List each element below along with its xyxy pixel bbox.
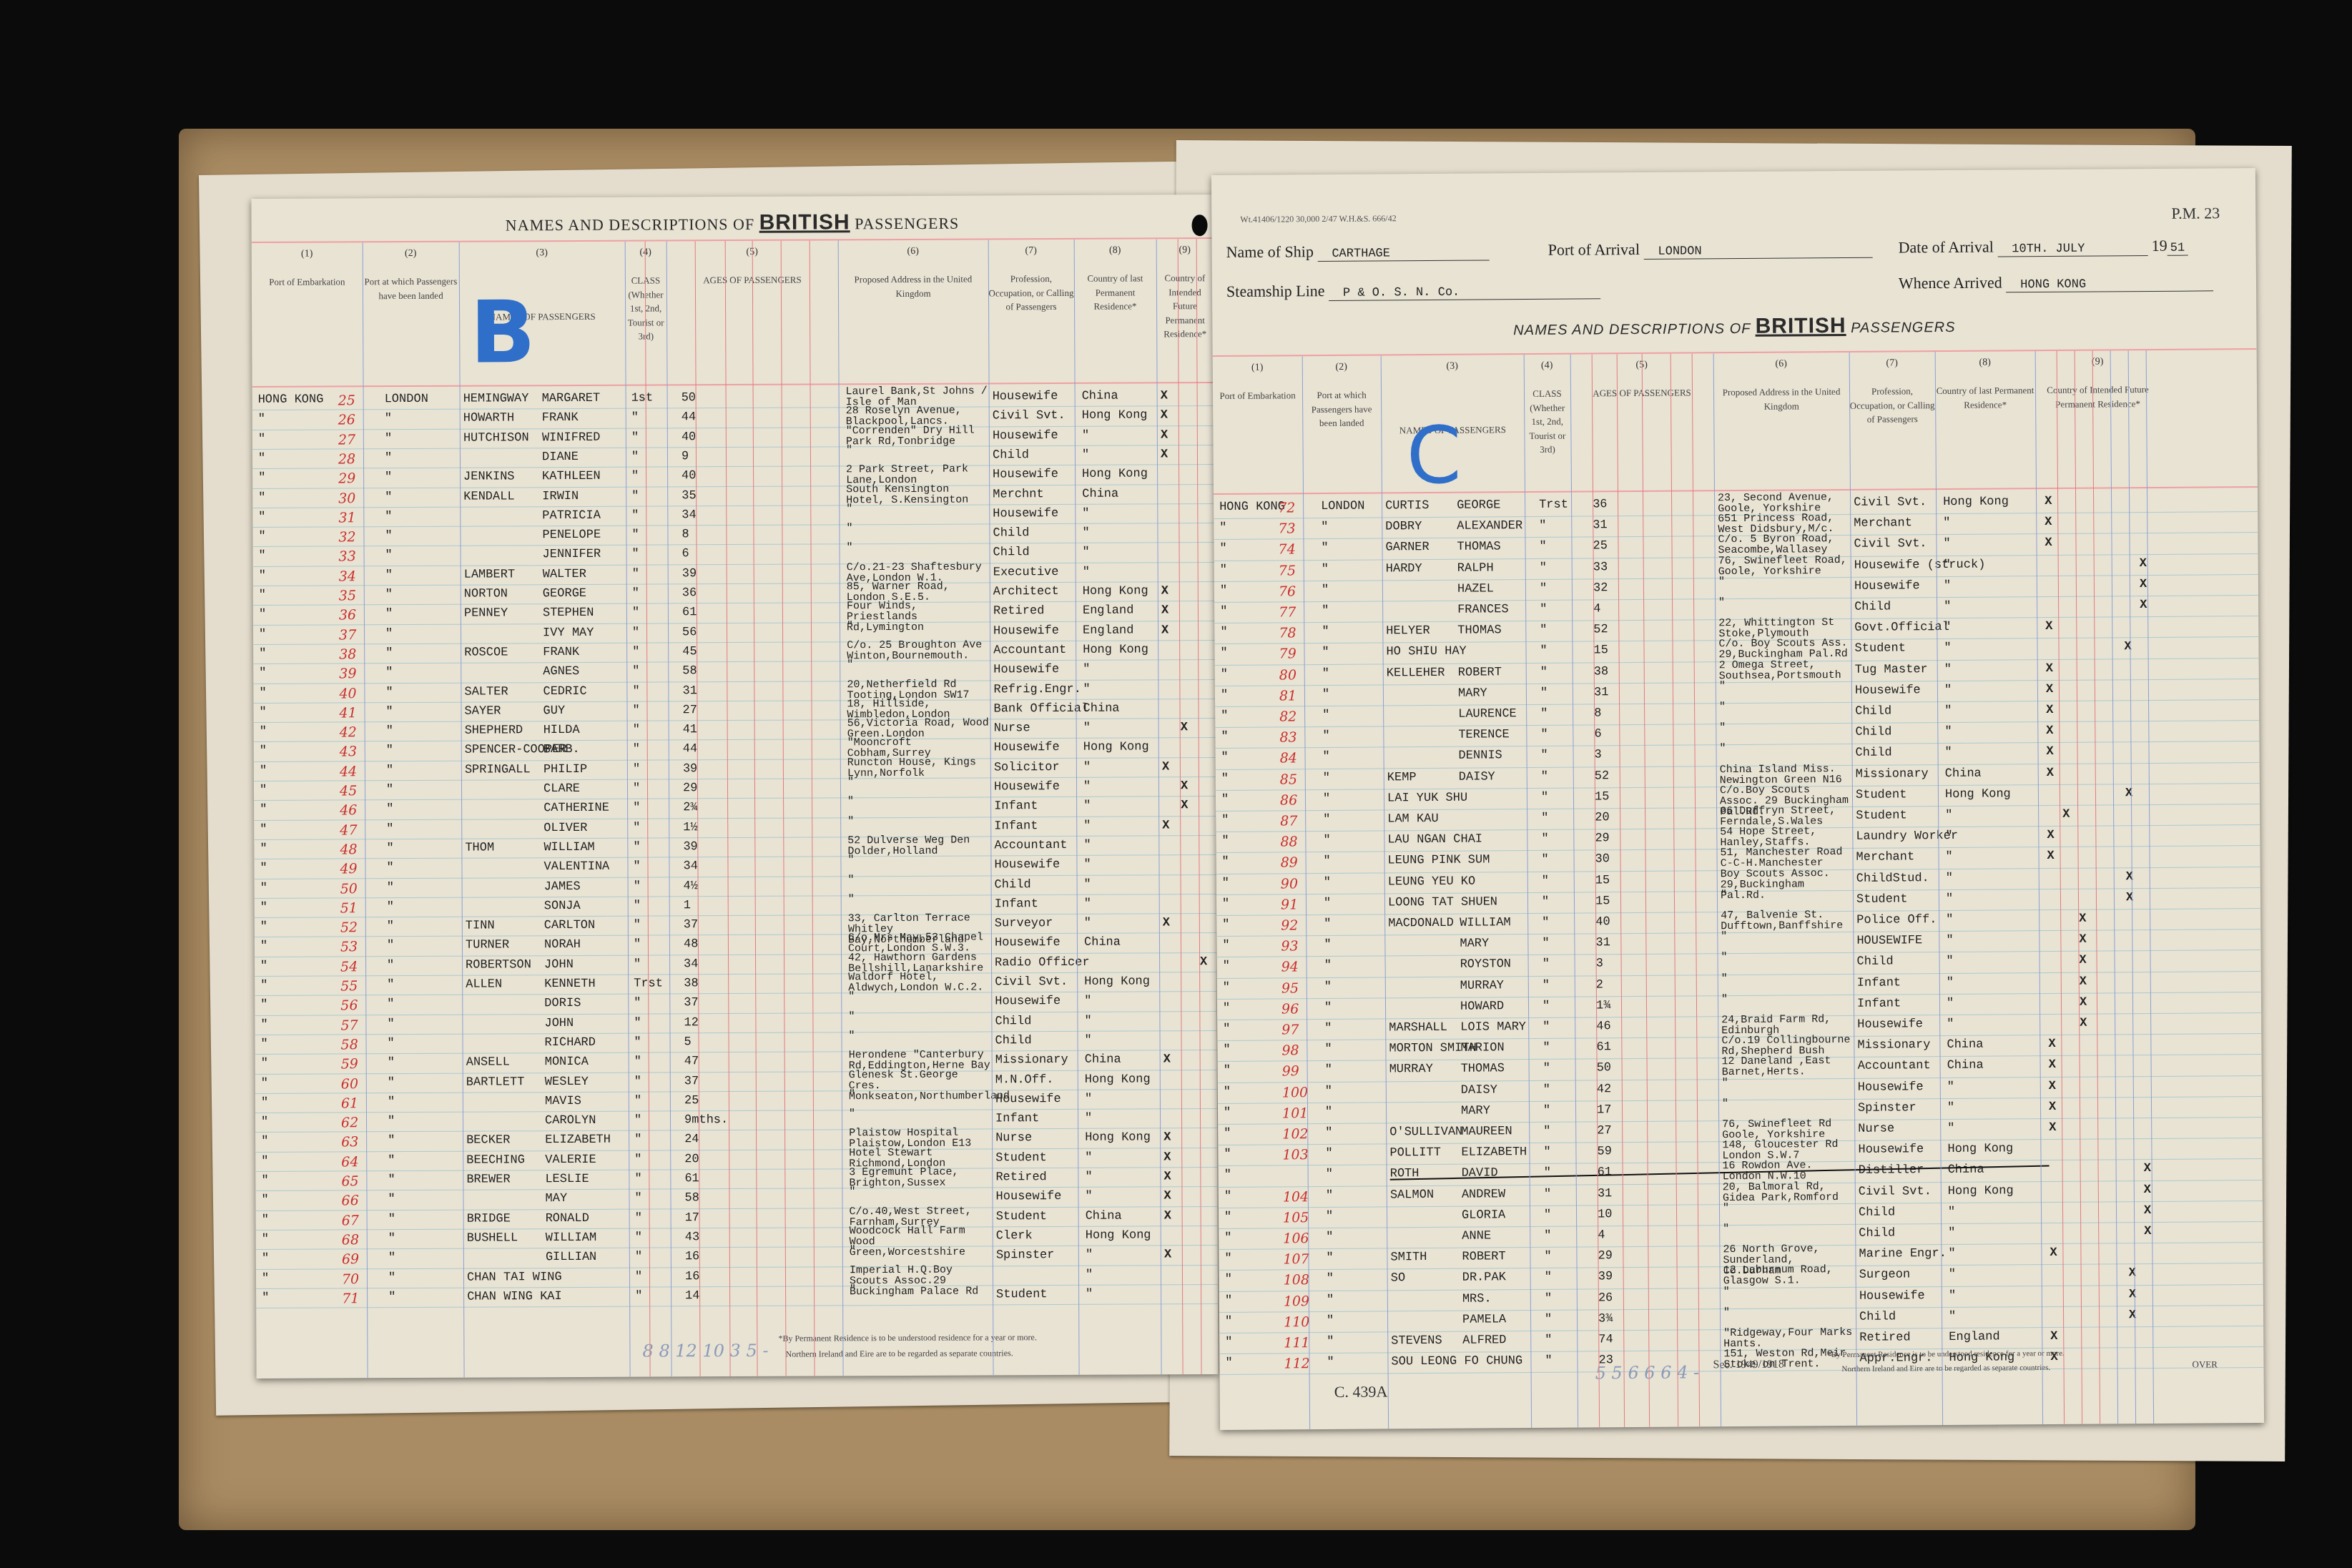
port-of-embarkation: " (258, 471, 265, 485)
column-number: (1) (252, 248, 363, 260)
country-last-residence: " (1083, 799, 1091, 813)
entry-number: 108 (1284, 1273, 1309, 1288)
age: 29 (1595, 832, 1610, 845)
entry-number: 102 (1282, 1126, 1308, 1142)
country-last-residence: " (1946, 913, 1953, 927)
age: 17 (685, 1211, 699, 1225)
surname: TURNER (466, 939, 509, 952)
port-of-embarkation: HONG KONG (1219, 500, 1285, 514)
future-residence-mark: X (1163, 1190, 1171, 1203)
entry-number: 43 (340, 744, 357, 760)
port-of-embarkation: " (260, 881, 267, 894)
port-landed: " (1322, 688, 1329, 701)
given-name: FRANCES (1457, 603, 1509, 616)
port-landed: " (385, 568, 393, 582)
port-landed: " (1324, 897, 1331, 910)
proposed-address: Waldorf Hotel, Aldwych,London W.C.2. (848, 971, 990, 993)
country-last-residence: Hong Kong (1945, 787, 2011, 802)
proposed-address: 3 Egremunt Place, Brighton,Sussex (849, 1166, 991, 1188)
occupation: M.N.Off. (995, 1073, 1054, 1087)
country-last-residence: " (1948, 1247, 1955, 1261)
surname: SO (1391, 1272, 1406, 1286)
age: 17 (1597, 1103, 1612, 1117)
port-of-embarkation: " (259, 686, 266, 699)
port-of-embarkation: " (1219, 542, 1226, 556)
class: " (634, 1133, 641, 1147)
class: " (634, 938, 641, 952)
port-of-embarkation: " (1222, 918, 1229, 932)
surname: LEUNG PINK SUM (1388, 854, 1490, 868)
occupation: Housewife (1859, 1289, 1925, 1303)
class: " (632, 665, 639, 679)
column-number: (2) (363, 248, 459, 260)
port-landed: " (388, 1115, 395, 1128)
surname: SPRINGALL (465, 763, 531, 776)
given-name: RICHARD (545, 1036, 596, 1050)
class: " (1542, 978, 1550, 992)
occupation: Civil Svt. (1854, 495, 1927, 510)
proposed-address: " (847, 815, 990, 827)
given-name: DIANE (542, 450, 579, 464)
entry-number: 64 (341, 1154, 358, 1170)
port-landed: " (1327, 1293, 1334, 1307)
country-last-residence: " (1084, 1014, 1091, 1027)
country-last-residence: " (1945, 829, 1952, 843)
port-landed: " (385, 548, 393, 562)
entry-number: 25 (338, 393, 355, 408)
surname: CURTIS (1385, 499, 1429, 513)
occupation: Civil Svt. (993, 409, 1066, 423)
country-last-residence: Hong Kong (1084, 975, 1150, 988)
surname: SALMON (1390, 1188, 1434, 1202)
age: 50 (682, 391, 696, 405)
port-landed: " (387, 1017, 394, 1031)
occupation: Student (1856, 809, 1907, 822)
given-name: PHILIP (543, 763, 587, 776)
entry-number: 82 (1279, 709, 1296, 724)
occupation: Child (993, 546, 1030, 560)
surname: HUTCHISON (463, 431, 529, 445)
given-name: THOMAS (1461, 1062, 1505, 1076)
port-of-embarkation: " (1220, 646, 1227, 660)
port-landed: " (1322, 646, 1329, 659)
occupation: Solicitor (994, 761, 1060, 774)
country-last-residence: Hong Kong (1082, 409, 1148, 423)
age: 34 (682, 508, 696, 522)
country-last-residence: " (1944, 663, 1952, 676)
class: " (634, 1035, 641, 1049)
age: 4 (1593, 602, 1600, 616)
column-label: Proposed Address in the United Kingdom (838, 272, 988, 300)
port-of-embarkation: " (261, 1096, 268, 1110)
port-landed: " (1324, 917, 1331, 931)
entry-number: 58 (341, 1037, 358, 1052)
occupation: Child (995, 878, 1031, 892)
entry-number: 61 (341, 1095, 358, 1111)
port-of-embarkation: " (259, 647, 266, 661)
steamship-line-field: Steamship Line P & O. S. N. Co. (1226, 280, 1600, 302)
port-of-embarkation: " (260, 979, 267, 992)
given-name: DR.PAK (1462, 1271, 1506, 1285)
port-landed: " (1325, 1063, 1332, 1077)
entry-number: 33 (339, 549, 356, 565)
port-of-embarkation: " (258, 490, 265, 504)
port-of-embarkation: " (260, 725, 267, 739)
surname: BARTLETT (466, 1075, 525, 1089)
port-landed: " (1324, 938, 1331, 952)
country-last-residence: " (1083, 819, 1091, 832)
country-last-residence: " (1085, 1112, 1092, 1125)
proposed-address: " (848, 1010, 990, 1022)
port-landed: " (387, 997, 394, 1011)
entry-number: 68 (342, 1232, 359, 1248)
class: " (1542, 853, 1549, 867)
country-last-residence: " (1943, 537, 1950, 551)
class: " (1540, 582, 1547, 596)
occupation: Infant (994, 799, 1038, 813)
surname: BUSHELL (467, 1231, 518, 1245)
class: " (1542, 1041, 1550, 1055)
class: " (1542, 1020, 1550, 1034)
entry-number: 52 (340, 919, 358, 935)
entry-number: 80 (1279, 667, 1296, 683)
port-of-embarkation: " (261, 1057, 268, 1070)
surname: SOU LEONG FO CHUNG (1391, 1354, 1522, 1369)
age: 3 (1596, 957, 1603, 971)
port-of-embarkation: " (262, 1213, 269, 1226)
age: 58 (684, 1192, 699, 1205)
class: " (1541, 832, 1548, 846)
class: " (631, 508, 639, 522)
age: 39 (683, 762, 697, 776)
occupation: Housewife (994, 741, 1060, 754)
port-of-embarkation: " (1222, 939, 1229, 952)
future-residence-mark: X (1200, 955, 1207, 969)
surname: LAI YUK SHU (1387, 791, 1467, 805)
occupation: Merchnt (993, 488, 1044, 501)
occupation: Surgeon (1859, 1268, 1911, 1282)
age: 44 (682, 411, 696, 425)
surname: BREWER (466, 1173, 510, 1186)
age: 34 (683, 859, 697, 873)
age: 27 (1597, 1124, 1612, 1138)
occupation: Child (993, 448, 1029, 462)
future-residence-mark: X (2049, 1121, 2056, 1135)
port-landed: " (386, 802, 393, 816)
section-mark: C (1406, 410, 1462, 502)
punch-hole (1192, 215, 1208, 236)
occupation: Housewife (995, 1190, 1061, 1203)
port-landed: " (388, 1056, 395, 1070)
given-name: DENNIS (1459, 749, 1502, 763)
entry-number: 106 (1283, 1231, 1309, 1246)
port-of-embarkation: " (1222, 855, 1229, 869)
port-of-embarkation: " (1220, 563, 1227, 577)
country-last-residence: " (1948, 1205, 1955, 1219)
occupation: Student (1854, 642, 1906, 656)
port-landed: " (1327, 1356, 1334, 1369)
age: 52 (1595, 769, 1610, 783)
future-residence-mark: X (2140, 598, 2147, 612)
port-landed: " (1326, 1231, 1333, 1244)
given-name: LESLIE (545, 1173, 589, 1186)
age: 48 (684, 938, 698, 952)
proposed-address: " (1718, 576, 1850, 587)
class: " (635, 1251, 642, 1264)
age: 61 (1596, 1040, 1611, 1054)
entry-number: 72 (1278, 500, 1295, 516)
port-landed: " (385, 607, 393, 621)
column-number: (8) (1935, 357, 2035, 369)
entry-number: 104 (1283, 1189, 1309, 1205)
age: 14 (685, 1289, 699, 1303)
port-of-embarkation: " (1221, 772, 1229, 786)
column-number: (9) (2035, 356, 2160, 368)
given-name: ALEXANDER (1457, 519, 1522, 533)
future-residence-mark: X (1181, 721, 1188, 734)
age: 26 (1598, 1291, 1613, 1305)
future-residence-mark: X (1163, 1131, 1171, 1145)
age: 8 (682, 528, 689, 541)
country-last-residence: " (1946, 871, 1953, 884)
column-label: CLASS (Whether 1st, 2nd, Tourist or 3rd) (1524, 387, 1571, 457)
port-landed: " (1323, 792, 1330, 806)
given-name: MAVIS (545, 1095, 581, 1108)
future-residence-mark: X (1163, 916, 1170, 930)
surname: JENKINS (463, 470, 515, 484)
port-landed: " (1324, 854, 1331, 868)
entry-number: 94 (1281, 960, 1299, 975)
port-of-embarkation: " (260, 744, 267, 758)
surname: ANSELL (466, 1056, 510, 1070)
country-last-residence: Hong Kong (1943, 495, 2009, 509)
age: 4½ (684, 879, 698, 893)
future-residence-mark: X (2079, 912, 2086, 926)
occupation: Spinster (1858, 1101, 1916, 1115)
age: 40 (682, 469, 696, 483)
entry-number: 93 (1281, 938, 1298, 954)
port-of-embarkation: " (260, 764, 267, 778)
country-last-residence: " (1944, 641, 1951, 655)
given-name: HOWARD (1460, 1000, 1504, 1013)
entry-number: 63 (341, 1135, 358, 1150)
port-landed: " (1325, 1085, 1332, 1098)
entry-number: 109 (1284, 1293, 1309, 1309)
entry-number: 75 (1279, 563, 1296, 578)
class: " (1542, 1000, 1550, 1013)
occupation: Infant (994, 819, 1038, 833)
country-last-residence: Hong Kong (1083, 643, 1148, 656)
proposed-address: " (1723, 1306, 1855, 1318)
age: 15 (1595, 894, 1610, 908)
given-name: CARLTON (544, 919, 596, 932)
age: 1¾ (1596, 999, 1611, 1012)
class: " (633, 782, 640, 796)
occupation: Student (1856, 788, 1907, 802)
class: " (632, 684, 639, 698)
surname: THOM (465, 841, 494, 854)
port-landed: " (1322, 625, 1329, 638)
table-row[interactable]: "71"CHAN WING KAI"14"Student"X (256, 1287, 1218, 1311)
port-of-embarkation: " (259, 706, 266, 719)
given-name: MARGARET (542, 392, 601, 405)
country-last-residence: " (1945, 809, 1952, 822)
age: 27 (682, 704, 697, 717)
surname: CHAN WING KAI (467, 1290, 562, 1304)
surname: PENNEY (464, 607, 508, 621)
port-of-embarkation: " (1225, 1336, 1232, 1349)
class: " (1543, 1125, 1550, 1138)
port-landed: " (1326, 1251, 1333, 1265)
occupation: Nurse (1858, 1122, 1894, 1135)
surname: LAM KAU (1387, 812, 1439, 826)
country-last-residence: " (1947, 1101, 1954, 1115)
future-residence-mark: X (1163, 1150, 1171, 1164)
footnote-ireland: Northern Ireland and Eire are to be rega… (785, 1348, 1013, 1359)
port-of-embarkation: " (258, 511, 265, 524)
future-residence-mark: X (1161, 448, 1168, 461)
class: " (1541, 769, 1548, 783)
future-residence-mark: X (2046, 724, 2053, 738)
age: 43 (685, 1231, 699, 1244)
given-name: BARB. (543, 743, 580, 756)
port-of-embarkation: " (260, 862, 267, 875)
country-last-residence: " (1086, 1248, 1093, 1262)
age: 16 (685, 1250, 699, 1263)
whence-field: Whence Arrived HONG KONG (1899, 272, 2213, 293)
country-last-residence: " (1083, 566, 1090, 579)
country-last-residence: " (1946, 850, 1953, 864)
port-landed: LONDON (1321, 500, 1364, 513)
surname: CHAN TAI WING (467, 1271, 562, 1285)
occupation: Govt.Official (1854, 621, 1949, 635)
country-last-residence: " (1083, 839, 1091, 852)
column-number: (6) (1713, 358, 1849, 370)
age: 25 (1593, 540, 1608, 553)
class: " (1540, 623, 1547, 637)
class: " (631, 528, 639, 542)
class: " (635, 1270, 642, 1283)
port-landed: " (385, 412, 392, 425)
occupation: Child (995, 1034, 1032, 1047)
class: " (633, 840, 640, 854)
country-last-residence: " (1082, 526, 1089, 540)
age: 34 (684, 957, 698, 971)
surname: MARSHALL (1389, 1021, 1447, 1035)
class: " (1542, 957, 1550, 971)
port-of-embarkation: " (261, 1115, 268, 1129)
surname: NORTON (464, 587, 508, 601)
country-last-residence: China (1082, 487, 1118, 501)
occupation: Police Off. (1856, 913, 1937, 927)
occupation: Laundry Worker (1856, 829, 1958, 844)
future-residence-mark: X (1181, 799, 1188, 813)
proposed-address: " (849, 1186, 991, 1198)
port-of-embarkation: " (1225, 1273, 1232, 1286)
column-label: Port at which Passengers have been lande… (363, 275, 459, 303)
column-label: Country of last Permanent Residence* (1074, 271, 1156, 313)
age: 29 (683, 781, 697, 795)
country-last-residence: " (1084, 877, 1091, 891)
given-name: JAMES (544, 879, 581, 893)
entry-number: 70 (342, 1271, 359, 1287)
proposed-address: 12 Laburnum Road, Glasgow S.1. (1723, 1264, 1855, 1286)
occupation: Child (993, 526, 1029, 540)
port-of-embarkation: " (259, 666, 266, 680)
given-name: FRANK (542, 411, 579, 425)
class: 1st (631, 391, 654, 405)
proposed-address: " (847, 620, 989, 631)
occupation: Refrig.Engr. (993, 682, 1081, 696)
given-name: CATHERINE (543, 802, 609, 815)
age: 50 (1597, 1062, 1612, 1075)
occupation: Civil Svt. (995, 975, 1068, 989)
occupation: Student (996, 1288, 1048, 1301)
proposed-address: 651 Princess Road, West Didsbury,M/c. (1718, 513, 1849, 535)
country-last-residence: " (1944, 704, 1952, 718)
given-name: PATRICIA (542, 509, 601, 523)
column-label: Port at which Passengers have been lande… (1302, 388, 1381, 430)
port-landed: " (388, 1076, 395, 1090)
port-of-embarkation: " (260, 1017, 267, 1031)
class: " (1545, 1313, 1552, 1326)
port-of-embarkation: " (259, 549, 266, 563)
entry-number: 66 (341, 1193, 358, 1209)
surname: STEVENS (1391, 1334, 1442, 1348)
class: Trst (1539, 498, 1568, 512)
occupation: Housewife (993, 429, 1058, 443)
port-of-embarkation: " (260, 784, 267, 797)
age: 24 (684, 1133, 699, 1147)
entry-number: 30 (338, 490, 355, 506)
port-of-embarkation: " (259, 608, 266, 621)
age: 31 (1594, 686, 1609, 699)
future-residence-mark: X (1161, 389, 1168, 403)
surname: LAU NGAN CHAI (1387, 833, 1482, 847)
proposed-address: " (1723, 1202, 1854, 1213)
entry-number: 79 (1279, 646, 1296, 662)
country-last-residence: " (1944, 746, 1952, 759)
port-landed: " (1325, 1105, 1332, 1119)
country-last-residence: " (1947, 955, 1954, 968)
class: " (634, 1114, 641, 1128)
port-landed: " (387, 919, 394, 933)
class: " (1540, 561, 1547, 574)
port-of-embarkation: " (1224, 1148, 1231, 1161)
right-page: Wt.41406/1220 30,000 2/47 W.H.&S. 666/42… (1211, 168, 2264, 1430)
port-of-embarkation: " (1225, 1315, 1232, 1328)
future-residence-mark: X (1163, 1053, 1171, 1067)
section-mark: B (470, 283, 536, 383)
proposed-address: " (1723, 1223, 1854, 1234)
age: 36 (1593, 498, 1608, 511)
future-residence-mark: X (2144, 1225, 2151, 1238)
surname: LAMBERT (464, 568, 516, 581)
country-last-residence: " (1085, 1093, 1092, 1106)
given-name: THOMAS (1457, 623, 1501, 637)
entry-number: 89 (1281, 855, 1298, 871)
proposed-address: 66 Duffryn Street, Ferndale,S.Wales (1720, 805, 1851, 827)
future-residence-mark: X (2140, 557, 2147, 571)
entry-number: 91 (1281, 897, 1298, 912)
proposed-address: 23, Second Avenue, Goole, Yorkshire (1718, 492, 1849, 514)
port-of-embarkation: " (1223, 1043, 1230, 1057)
occupation: Housewife (struck) (1854, 558, 1986, 572)
future-residence-mark: X (2050, 1246, 2057, 1260)
country-last-residence: England (1083, 604, 1134, 618)
given-name: MARY (1461, 1104, 1490, 1118)
class: " (1542, 916, 1549, 930)
